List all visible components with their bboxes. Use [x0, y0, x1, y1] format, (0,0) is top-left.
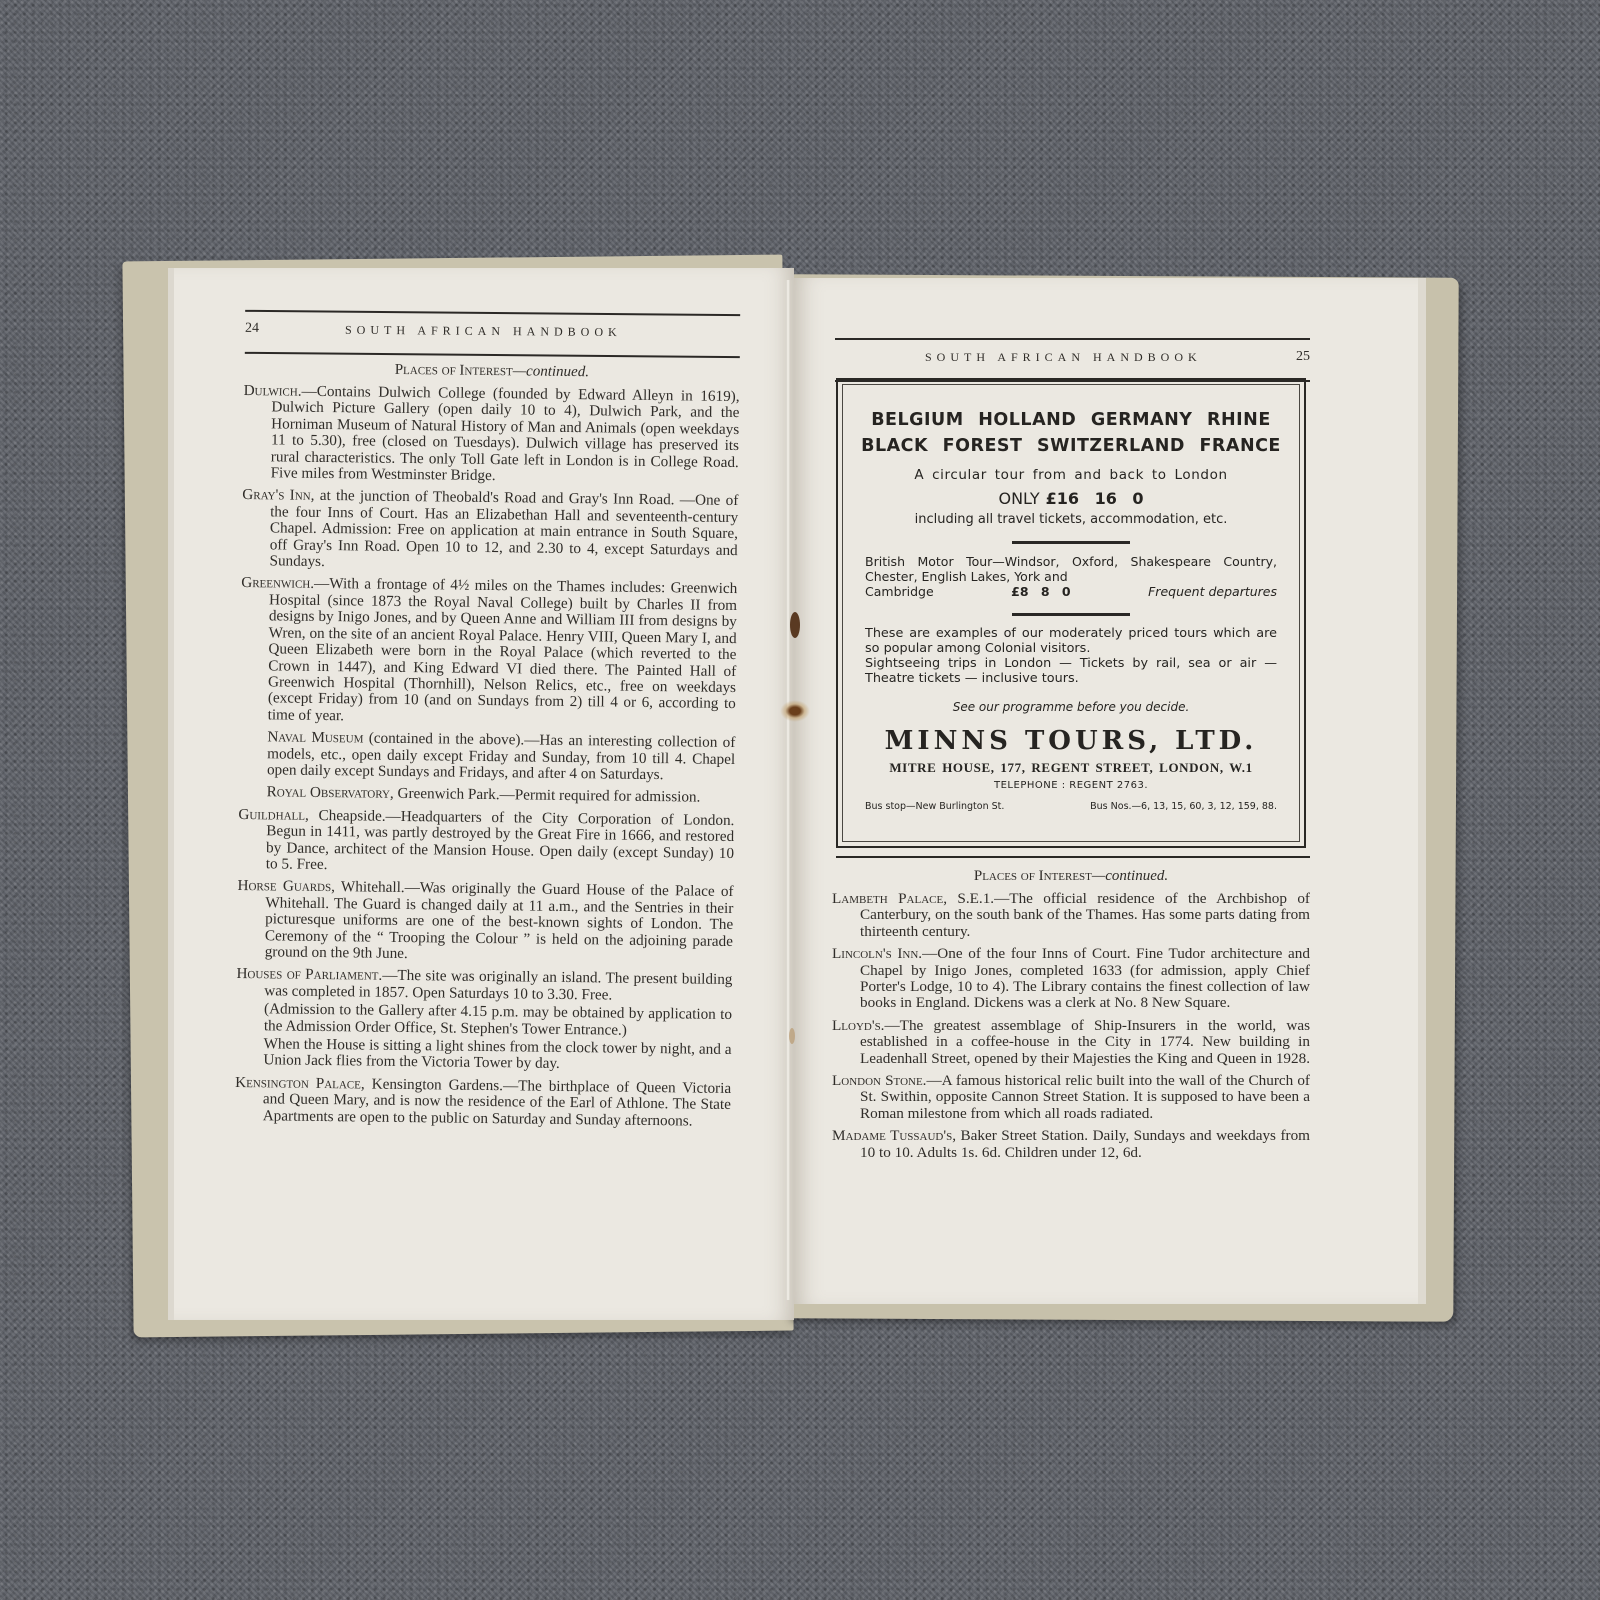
- entry-guildhall: Guildhall, Cheapside.—Headquarters of th…: [238, 807, 735, 879]
- entry-royal-observatory: Royal Observatory, Greenwich Park.—Permi…: [239, 784, 735, 806]
- entry-lambeth-palace: Lambeth Palace, S.E.1.—The official resi…: [832, 891, 1310, 940]
- entry-greenwich: Greenwich.—With a frontage of 4½ miles o…: [240, 575, 738, 729]
- ad-address: MITRE HOUSE, 177, REGENT STREET, LONDON,…: [843, 760, 1299, 776]
- divider: [836, 856, 1310, 858]
- ad-motor-tour-price: Cambridge £8 8 0 Frequent departures: [843, 584, 1299, 599]
- running-title: SOUTH AFRICAN HANDBOOK: [925, 350, 1202, 365]
- ad-circular-tour: A circular tour from and back to London: [843, 467, 1299, 483]
- section-heading: Places of Interest—continued.: [832, 868, 1310, 885]
- staple-rust-stain: [790, 612, 800, 638]
- running-head-left: 24 SOUTH AFRICAN HANDBOOK: [245, 310, 740, 358]
- entry-parliament-gallery-note: (Admission to the Gallery after 4.15 p.m…: [236, 1001, 732, 1040]
- divider: [1012, 541, 1130, 544]
- ad-company-name: MINNS TOURS, LTD.: [843, 726, 1299, 756]
- staple-rust-stain: [789, 1028, 795, 1044]
- entry-grays-inn: Gray's Inn, at the junction of Theobald'…: [241, 487, 738, 575]
- entry-naval-museum: Naval Museum (contained in the above).—H…: [239, 729, 736, 784]
- ad-including: including all travel tickets, accommodat…: [843, 512, 1299, 527]
- ad-examples: These are examples of our moderately pri…: [843, 626, 1299, 656]
- ad-bus-info: Bus stop—New Burlington St. Bus Nos.—6, …: [843, 801, 1299, 812]
- page-number: 24: [245, 321, 259, 337]
- ad-see-programme: See our programme before you decide.: [843, 700, 1299, 714]
- ad-countries: BELGIUM HOLLAND GERMANY RHINE BLACK FORE…: [843, 385, 1299, 459]
- entry-lincolns-inn: Lincoln's Inn.—One of the four Inns of C…: [832, 946, 1310, 1012]
- entry-horse-guards: Horse Guards, Whitehall.—Was originally …: [237, 878, 734, 966]
- divider: [1012, 613, 1130, 616]
- staple-rust-stain: [780, 700, 810, 722]
- entry-london-stone: London Stone.—A famous historical relic …: [832, 1073, 1310, 1122]
- running-title: SOUTH AFRICAN HANDBOOK: [345, 323, 622, 340]
- entry-madame-tussauds: Madame Tussaud's, Baker Street Station. …: [832, 1128, 1310, 1161]
- running-head-right: SOUTH AFRICAN HANDBOOK 25: [835, 338, 1310, 382]
- page-number: 25: [1296, 349, 1310, 365]
- ad-price: ONLY£16 16 0: [843, 489, 1299, 508]
- ad-telephone: TELEPHONE : REGENT 2763.: [843, 780, 1299, 791]
- right-page-entries: Places of Interest—continued. Lambeth Pa…: [832, 868, 1310, 1167]
- entry-dulwich: Dulwich.—Contains Dulwich College (found…: [243, 383, 740, 487]
- ad-motor-tour: British Motor Tour—Windsor, Oxford, Shak…: [843, 554, 1299, 584]
- entry-lloyds: Lloyd's.—The greatest assemblage of Ship…: [832, 1018, 1310, 1067]
- minns-tours-advertisement: BELGIUM HOLLAND GERMANY RHINE BLACK FORE…: [836, 378, 1306, 848]
- book-gutter: [786, 280, 790, 1300]
- entry-kensington-palace: Kensington Palace, Kensington Gardens.—T…: [235, 1075, 732, 1130]
- ad-sightseeing: Sightseeing trips in London — Tickets by…: [843, 656, 1299, 686]
- entry-houses-of-parliament: Houses of Parliament.—The site was origi…: [236, 966, 732, 1005]
- left-page-entries: Places of Interest—continued. Dulwich.—C…: [235, 360, 740, 1136]
- entry-parliament-sitting-note: When the House is sitting a light shines…: [235, 1036, 731, 1075]
